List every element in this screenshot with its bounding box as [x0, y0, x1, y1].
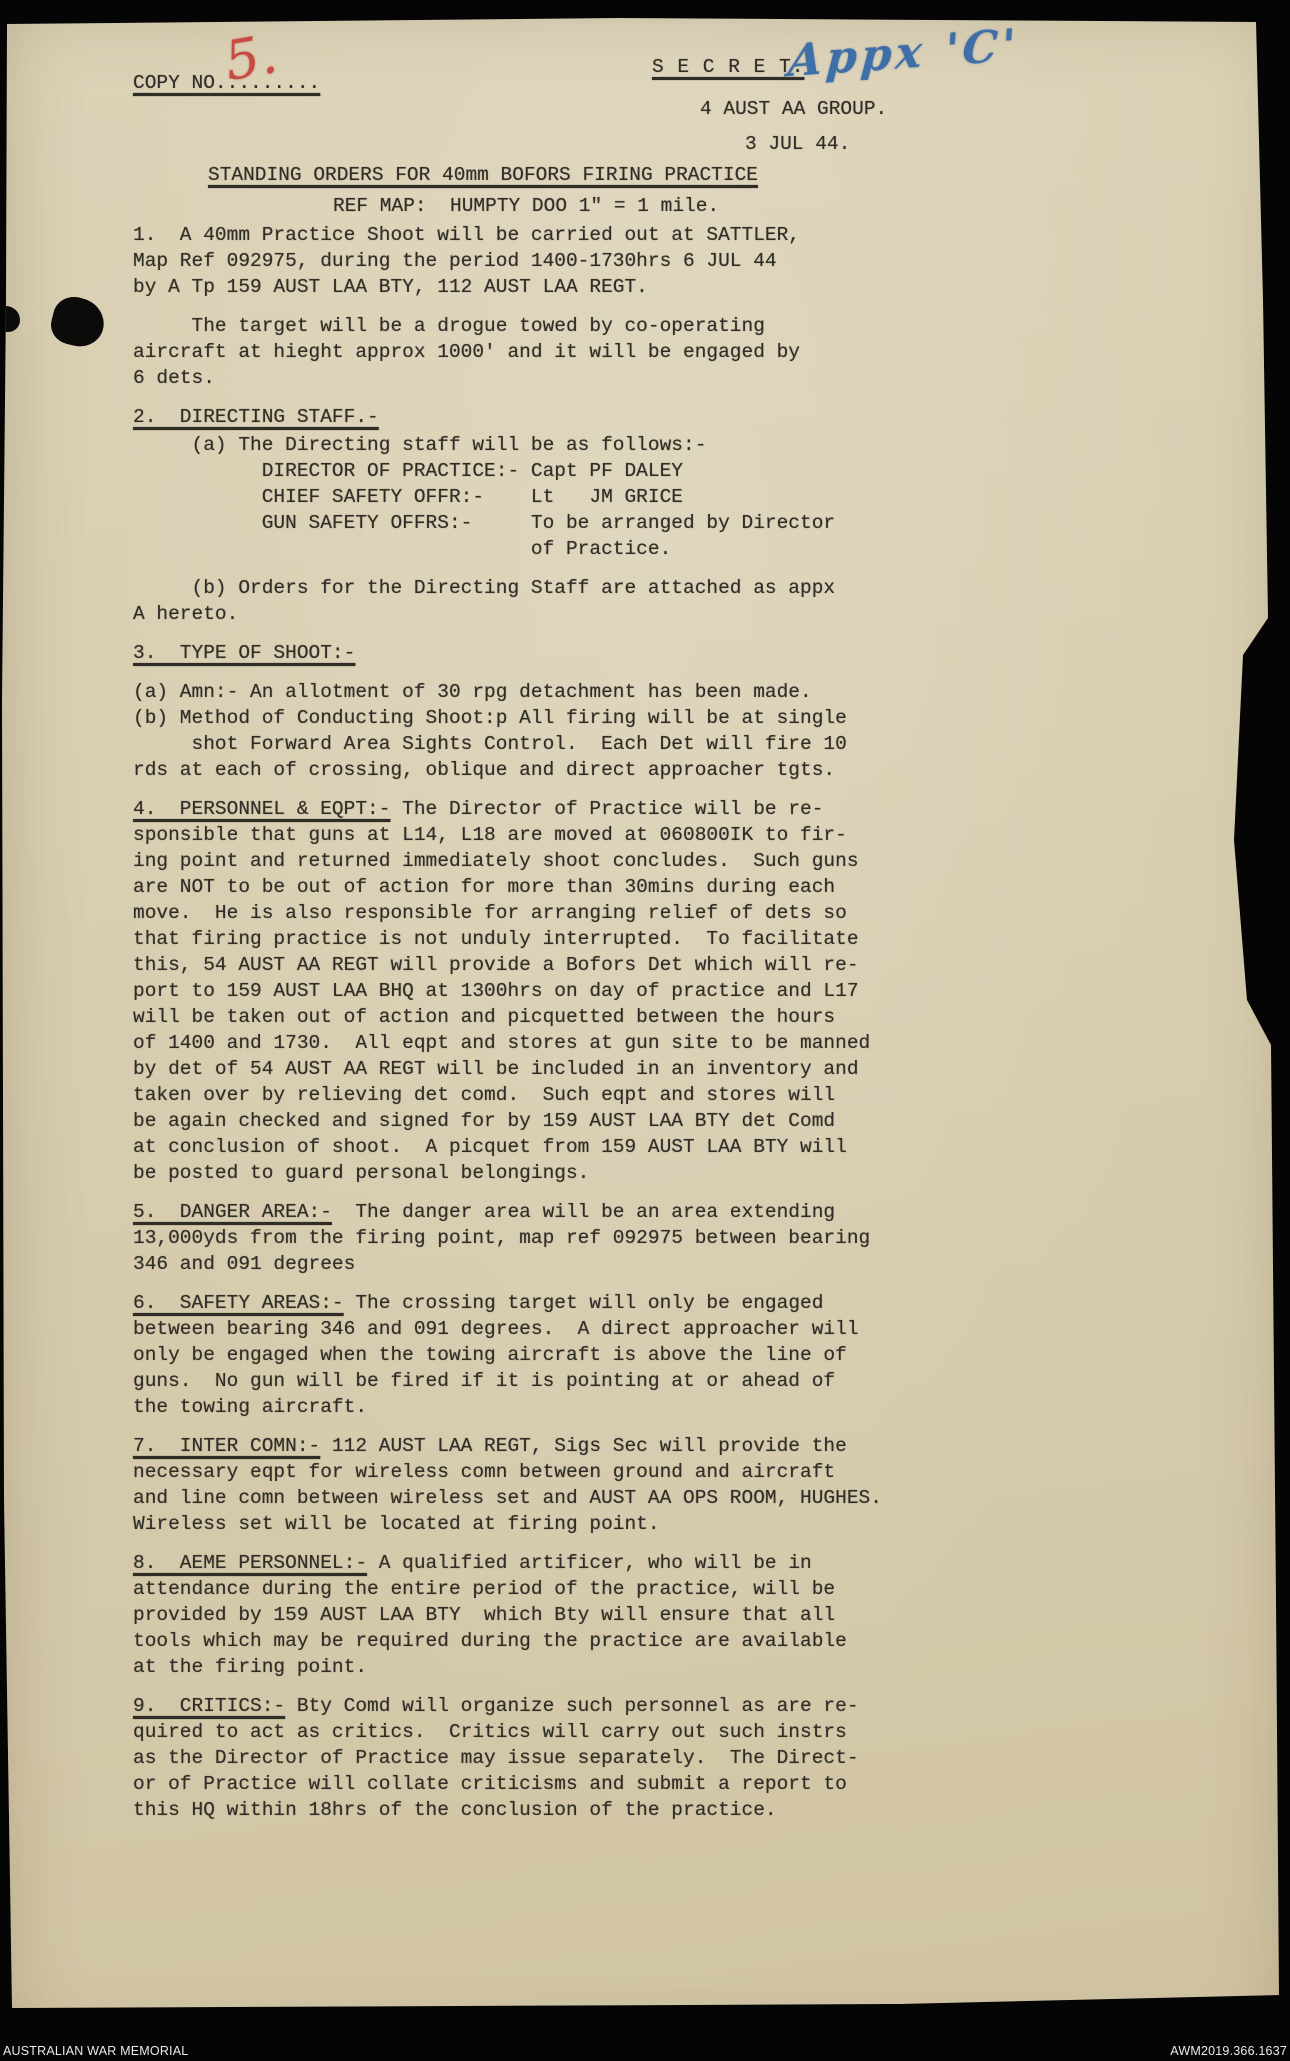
- copy-no-label: COPY NO.........: [133, 72, 320, 94]
- document-date: 3 JUL 44.: [745, 133, 850, 155]
- document-body: 1. A 40mm Practice Shoot will be carried…: [133, 222, 933, 1836]
- section-2-item-b: (b) Orders for the Directing Staff are a…: [133, 575, 933, 627]
- section-4-heading: 4. PERSONNEL & EQPT:-: [133, 798, 390, 820]
- classification-stamp: S E C R E T.: [652, 56, 804, 78]
- paper-tear-hole: [47, 292, 109, 351]
- para-1-continuation: The target will be a drogue towed by co-…: [133, 313, 933, 391]
- archive-name: AUSTRALIAN WAR MEMORIAL: [3, 2044, 188, 2058]
- section-4: 4. PERSONNEL & EQPT:- The Director of Pr…: [133, 796, 933, 1186]
- section-3-heading: 3. TYPE OF SHOOT:-: [133, 642, 355, 664]
- section-4-body: The Director of Practice will be re- spo…: [133, 798, 870, 1184]
- unit-name: 4 AUST AA GROUP.: [700, 98, 887, 120]
- section-9: 9. CRITICS:- Bty Comd will organize such…: [133, 1693, 933, 1823]
- handwritten-appx-note: Appx 'C': [786, 20, 1020, 88]
- handwritten-copy-number: 5.: [220, 22, 282, 93]
- section-2: 2. DIRECTING STAFF.-: [133, 404, 933, 430]
- section-9-heading: 9. CRITICS:-: [133, 1695, 285, 1717]
- section-5-heading: 5. DANGER AREA:-: [133, 1201, 332, 1223]
- para-1: 1. A 40mm Practice Shoot will be carried…: [133, 222, 933, 300]
- section-3-body: (a) Amn:- An allotment of 30 rpg detachm…: [133, 679, 933, 783]
- section-3: 3. TYPE OF SHOOT:-: [133, 640, 933, 666]
- section-8-heading: 8. AEME PERSONNEL:-: [133, 1552, 367, 1574]
- paper-edge-mark: [0, 306, 20, 332]
- document-title: STANDING ORDERS FOR 40mm BOFORS FIRING P…: [208, 164, 758, 186]
- section-6: 6. SAFETY AREAS:- The crossing target wi…: [133, 1290, 933, 1420]
- section-7-heading: 7. INTER COMN:-: [133, 1435, 320, 1457]
- section-8: 8. AEME PERSONNEL:- A qualified artifice…: [133, 1550, 933, 1680]
- document-page: COPY NO......... 5. S E C R E T. Appx 'C…: [0, 0, 1290, 2061]
- section-5: 5. DANGER AREA:- The danger area will be…: [133, 1199, 933, 1277]
- archive-reference: AWM2019.366.1637: [1170, 2044, 1287, 2058]
- section-7: 7. INTER COMN:- 112 AUST LAA REGT, Sigs …: [133, 1433, 933, 1537]
- section-2-directing-staff-list: (a) The Directing staff will be as follo…: [133, 432, 933, 562]
- section-6-heading: 6. SAFETY AREAS:-: [133, 1292, 344, 1314]
- ref-map-line: REF MAP: HUMPTY DOO 1" = 1 mile.: [333, 195, 719, 217]
- section-2-heading: 2. DIRECTING STAFF.-: [133, 406, 379, 428]
- scanned-document-image: COPY NO......... 5. S E C R E T. Appx 'C…: [0, 0, 1290, 2061]
